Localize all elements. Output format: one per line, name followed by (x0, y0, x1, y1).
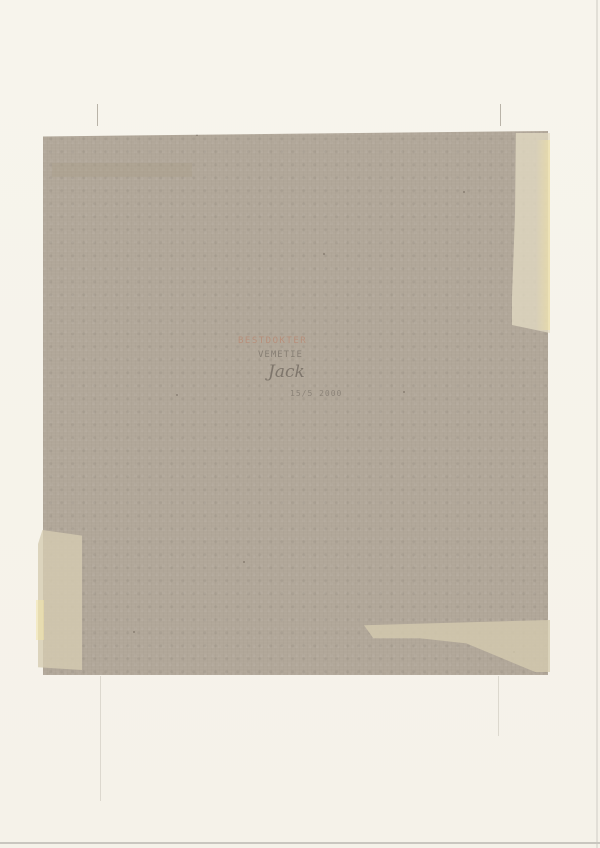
speck (463, 191, 465, 193)
speck (323, 253, 325, 255)
tape-top-right-stain (536, 140, 550, 330)
speck (403, 391, 405, 393)
scanned-paper-sheet: BESTDOKTER VEMETIE Jack 15/5 2000 (0, 0, 600, 848)
speck (243, 561, 245, 563)
crop-mark-top-right (500, 104, 501, 126)
speck (133, 631, 135, 633)
tape-top-left (52, 163, 192, 177)
guide-line-bottom-right (498, 676, 499, 736)
cardboard-panel (43, 131, 548, 675)
scan-right-edge (596, 0, 598, 848)
guide-line-bottom-left (100, 676, 101, 801)
tape-bottom-left (38, 530, 82, 670)
speck (176, 394, 178, 396)
speck (196, 134, 198, 136)
crop-mark-top-left (97, 104, 98, 126)
scan-bottom-edge (0, 842, 600, 844)
tape-bottom-left-stain (36, 600, 44, 640)
